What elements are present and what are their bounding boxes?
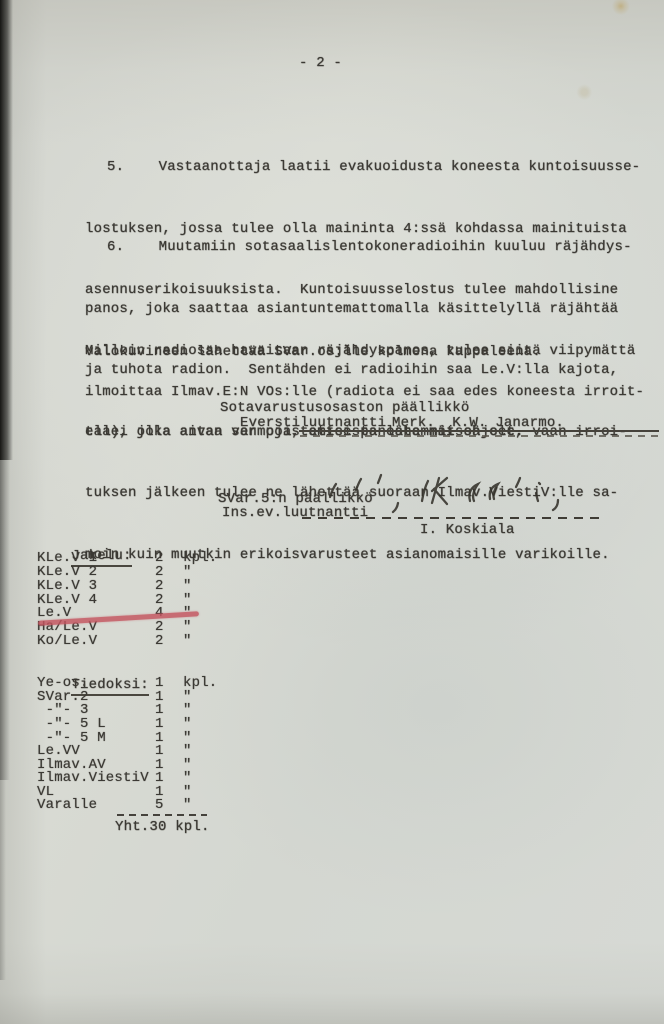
row-qty: 2 (155, 551, 183, 565)
distribution-row: KLe.V 1 2 kpl. (37, 551, 217, 565)
scan-edge-shadow (0, 780, 6, 980)
paragraph-6-addendum: Milloin radiossa havaitaan räjähdyspanos… (85, 318, 644, 467)
row-qty: 2 (155, 620, 183, 634)
row-label: KLe.V 2 (37, 565, 155, 579)
info-row: -"- 3 1 " (37, 703, 192, 717)
row-unit: " (183, 798, 192, 812)
row-unit: " (183, 744, 192, 758)
row-unit: " (183, 579, 192, 593)
signature1-underline (299, 430, 659, 432)
row-unit: " (183, 634, 192, 648)
row-label: Ko/Le.V (37, 634, 155, 648)
row-unit: " (183, 703, 192, 717)
scanned-document-page: - 2 - 5. Vastaanottaja laatii evakuoidus… (0, 0, 664, 1024)
total-line: Yht.30 kpl. (115, 817, 210, 838)
info-row: Ye-os. 1 kpl. (37, 676, 217, 690)
row-label: KLe.V 3 (37, 579, 155, 593)
info-row: Le.VV 1 " (37, 744, 192, 758)
doc-line: ilmoittaa Ilmav.E:N VOs:lle (radiota ei … (85, 386, 644, 400)
row-label: Le.VV (37, 744, 155, 758)
doc-line: 5. Vastaanottaja laatii evakuoidusta kon… (85, 157, 640, 178)
page-number: - 2 - (299, 53, 342, 74)
row-qty: 5 (155, 798, 183, 812)
doc-line: 6. Muutamiin sotasaalislentokoneradioihi… (85, 237, 632, 258)
row-qty: 1 (155, 744, 183, 758)
row-unit: " (183, 771, 192, 785)
doc-line: panos, joka saattaa asiantuntemattomalla… (85, 299, 632, 320)
row-label: Ye-os. (37, 676, 155, 690)
distribution-row: KLe.V 2 2 " (37, 565, 192, 579)
row-label: -"- 3 (37, 703, 155, 717)
distribution-row: Ko/Le.V 2 " (37, 634, 192, 648)
handwritten-signature (318, 463, 584, 519)
row-label: -"- 5 L (37, 717, 155, 731)
row-qty: 1 (155, 676, 183, 690)
scan-edge-shadow (0, 460, 10, 780)
row-unit: " (183, 620, 192, 634)
signature2-name: I. Koskiala (420, 520, 515, 541)
row-qty: 1 (155, 717, 183, 731)
row-label: Ilmav.ViestiV (37, 771, 155, 785)
info-row: Ilmav.ViestiV 1 " (37, 771, 192, 785)
doc-line: Milloin radiossa havaitaan räjähdyspanos… (85, 345, 644, 359)
row-qty: 2 (155, 565, 183, 579)
info-row: Varalle 5 " (37, 798, 192, 812)
row-unit: " (183, 717, 192, 731)
row-unit: kpl. (183, 676, 217, 690)
row-label: KLe.V 1 (37, 551, 155, 565)
row-qty: 1 (155, 771, 183, 785)
row-qty: 2 (155, 634, 183, 648)
info-row: -"- 5 L 1 " (37, 717, 192, 731)
scan-edge-shadow (0, 0, 13, 460)
row-qty: 1 (155, 703, 183, 717)
row-unit: " (183, 565, 192, 579)
total-underline (117, 814, 207, 816)
row-label: Varalle (37, 798, 155, 812)
distribution-row: KLe.V 3 2 " (37, 579, 192, 593)
row-qty: 2 (155, 579, 183, 593)
signature1-underline-dashed (300, 435, 658, 437)
row-unit: kpl. (183, 551, 217, 565)
